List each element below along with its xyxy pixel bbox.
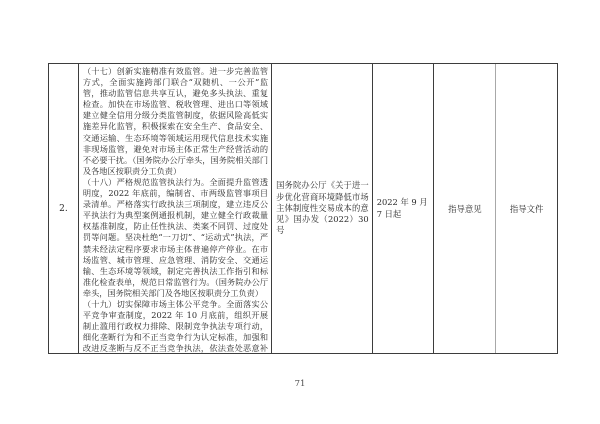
document-category: 指导文件 <box>510 203 544 215</box>
policy-document-title: 国务院办公厅《关于进一步优化营商环境降低市场主体制度性交易成本的意见》国办发（2… <box>276 180 369 236</box>
page-number: 71 <box>0 379 600 389</box>
document-type-cell: 指导意见 <box>434 64 496 353</box>
clause-18-paragraph: （十八）严格规范监管执法行为。全面提升监管透明度，2022 年底前，编制省、市两… <box>83 177 268 299</box>
document-type: 指导意见 <box>448 203 482 215</box>
clause-17-paragraph: （十七）创新实施精准有效监管。进一步完善监管方式，全面实施跨部门联合“双随机、一… <box>83 66 268 177</box>
row-number-cell: 2. <box>49 64 79 353</box>
document-category-cell: 指导文件 <box>496 64 557 353</box>
row-number: 2. <box>59 204 68 214</box>
measure-text-cell: （十七）创新实施精准有效监管。进一步完善监管方式，全面实施跨部门联合“双随机、一… <box>79 64 272 353</box>
document-page: 2. （十七）创新实施精准有效监管。进一步完善监管方式，全面实施跨部门联合“双随… <box>0 0 600 424</box>
effective-date: 2022 年 9 月 7 日起 <box>377 197 432 219</box>
effective-date-cell: 2022 年 9 月 7 日起 <box>373 64 435 353</box>
policy-measures-table: 2. （十七）创新实施精准有效监管。进一步完善监管方式，全面实施跨部门联合“双随… <box>48 63 558 354</box>
policy-document-cell: 国务院办公厅《关于进一步优化营商环境降低市场主体制度性交易成本的意见》国办发（2… <box>272 64 373 353</box>
clause-19-paragraph: （十九）切实保障市场主体公平竞争。全面落实公平竞争审查制度，2022 年 10 … <box>83 299 268 353</box>
